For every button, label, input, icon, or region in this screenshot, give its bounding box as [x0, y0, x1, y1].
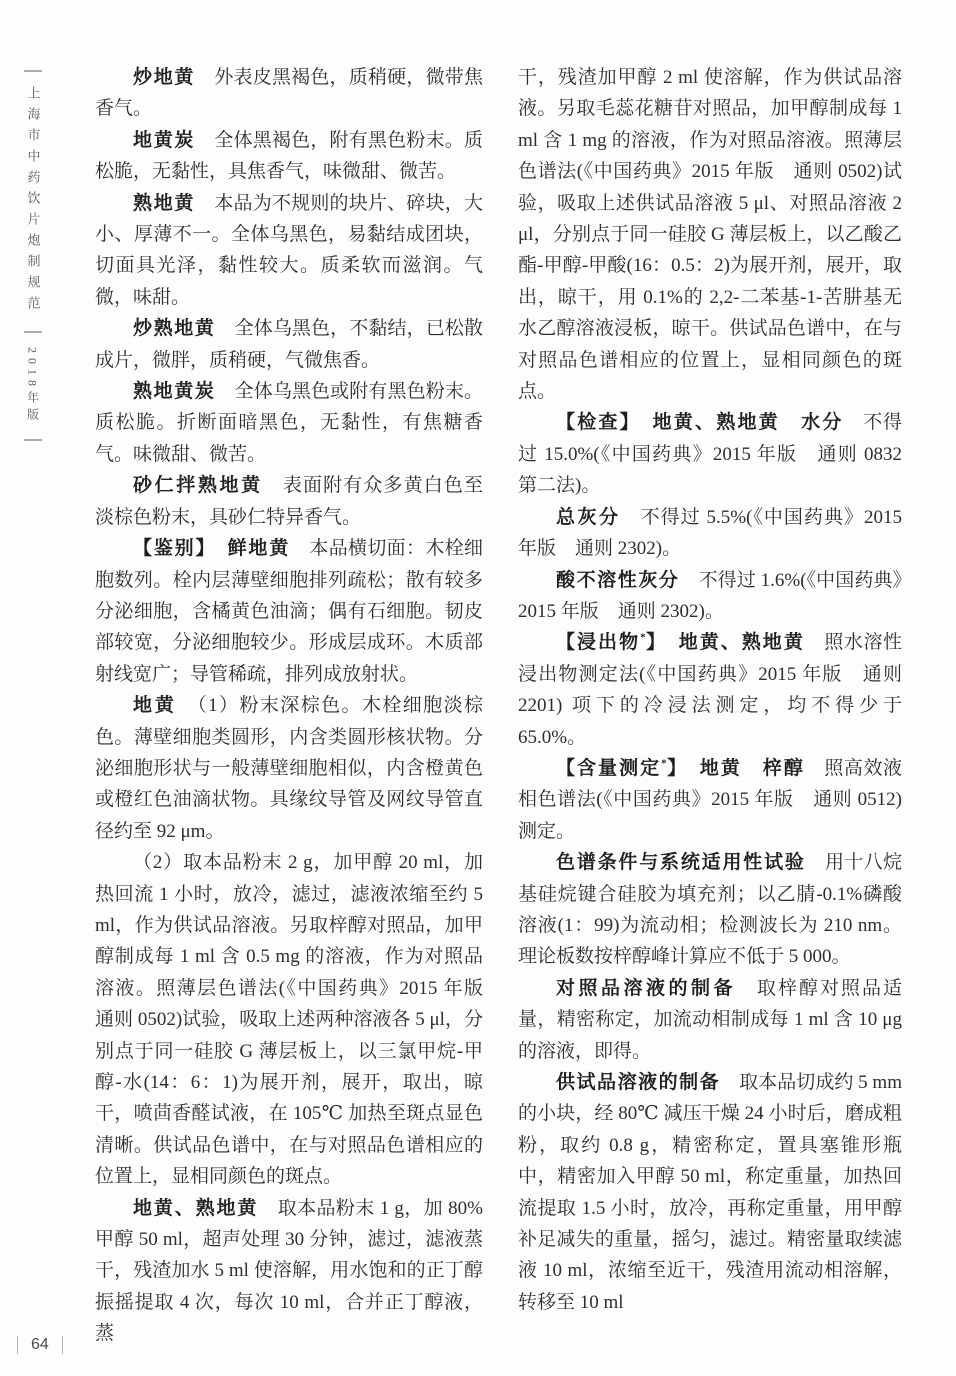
paragraph: 总灰分 不得过 5.5%(《中国药典》2015 年版 通则 2302)。	[518, 502, 902, 565]
paragraph: 色谱条件与系统适用性试验 用十八烷基硅烷键合硅胶为填充剂；以乙腈-0.1%磷酸溶…	[518, 847, 902, 973]
spine-edition: 2018年版	[25, 347, 42, 425]
heading-run: 色谱条件与系统适用性试验	[556, 852, 806, 873]
text-run: 取本品切成约 5 mm 的小块，经 80℃ 减压干燥 24 小时后，磨成粗粉，取…	[518, 1072, 902, 1313]
heading-run: 【含量测定	[556, 758, 661, 779]
paragraph: 地黄 （1）粉末深棕色。木栓细胞淡棕色。薄壁细胞类圆形，内含类圆形核状物。分泌细…	[95, 690, 483, 847]
paragraph: 【浸出物*】 地黄、熟地黄 照水溶性浸出物测定法(《中国药典》2015 年版 通…	[518, 627, 902, 753]
heading-run: 炒地黄	[133, 67, 195, 88]
spine-title: 上海市中药饮片炮制规范	[24, 86, 43, 317]
heading-run: 供试品溶液的制备	[556, 1072, 720, 1093]
heading-run: 酸不溶性灰分	[556, 570, 679, 591]
paragraph: 炒熟地黄 全体乌黑色，不黏结，已松散成片，微胖，质稍硬，气微焦香。	[95, 313, 483, 376]
paragraph: 砂仁拌熟地黄 表面附有众多黄白色至淡棕色粉末，具砂仁特异香气。	[95, 470, 483, 533]
paragraph: 炒地黄 外表皮黑褐色，质稍硬，微带焦香气。	[95, 62, 483, 125]
page-number-bar-right	[62, 1336, 63, 1354]
spine-divider-bottom	[24, 439, 42, 441]
heading-run: 地黄、熟地黄	[133, 1198, 258, 1219]
paragraph: 【检查】 地黄、熟地黄 水分 不得过 15.0%(《中国药典》2015 年版 通…	[518, 407, 902, 501]
heading-run: 】 地黄、熟地黄	[646, 632, 805, 653]
heading-run: 地黄	[133, 695, 177, 716]
heading-run: 砂仁拌熟地黄	[133, 475, 263, 496]
paragraph: 【含量测定*】 地黄 梓醇 照高效液相色谱法(《中国药典》2015 年版 通则 …	[518, 753, 902, 847]
paragraph: 地黄、熟地黄 取本品粉末 1 g，加 80%甲醇 50 ml，超声处理 30 分…	[95, 1193, 483, 1350]
paragraph: 熟地黄 本品为不规则的块片、碎块，大小、厚薄不一。全体乌黑色，易黏结成团块，切面…	[95, 188, 483, 314]
text-column-right: 干，残渣加甲醇 2 ml 使溶解，作为供试品溶液。另取毛蕊花糖苷对照品，加甲醇制…	[518, 62, 902, 1318]
heading-run: 对照品溶液的制备	[556, 978, 736, 999]
paragraph: 地黄炭 全体黑褐色，附有黑色粉末。质松脆，无黏性，具焦香气，味微甜、微苦。	[95, 125, 483, 188]
page-footer: 64	[17, 1336, 63, 1354]
paragraph: 干，残渣加甲醇 2 ml 使溶解，作为供试品溶液。另取毛蕊花糖苷对照品，加甲醇制…	[518, 62, 902, 407]
paragraph: 对照品溶液的制备 取梓醇对照品适量，精密称定，加流动相制成每 1 ml 含 10…	[518, 973, 902, 1067]
heading-run: 【浸出物	[556, 632, 640, 653]
heading-run: 地黄炭	[133, 130, 195, 151]
paragraph: 【鉴别】 鲜地黄 本品横切面：木栓细胞数列。栓内层薄壁细胞排列疏松；散有较多分泌…	[95, 533, 483, 690]
heading-run: 熟地黄	[133, 193, 195, 214]
spine-divider-top	[24, 70, 42, 72]
text-run: （2）取本品粉末 2 g，加甲醇 20 ml，加热回流 1 小时，放冷，滤过，滤…	[95, 852, 502, 1187]
text-run: 干，残渣加甲醇 2 ml 使溶解，作为供试品溶液。另取毛蕊花糖苷对照品，加甲醇制…	[518, 67, 902, 402]
heading-run: 】 地黄 梓醇	[667, 758, 805, 779]
text-run: 本品横切面：木栓细胞数列。栓内层薄壁细胞排列疏松；散有较多分泌细胞，含橘黄色油滴…	[95, 538, 483, 685]
heading-run: 【检查】 地黄、熟地黄 水分	[556, 412, 844, 433]
heading-run: 【鉴别】 鲜地黄	[133, 538, 290, 559]
spine-divider-middle	[24, 331, 42, 333]
heading-run: 熟地黄炭	[133, 381, 215, 402]
page-number: 64	[18, 1336, 62, 1354]
text-run: （1）粉末深棕色。木栓细胞淡棕色。薄壁细胞类圆形，内含类圆形核状物。分泌细胞形状…	[95, 695, 483, 842]
paragraph: 供试品溶液的制备 取本品切成约 5 mm 的小块，经 80℃ 减压干燥 24 小…	[518, 1067, 902, 1318]
text-run: 取本品粉末 1 g，加 80%甲醇 50 ml，超声处理 30 分钟，滤过，滤液…	[95, 1198, 483, 1345]
paragraph: 熟地黄炭 全体乌黑色或附有黑色粉末。质松脆。折断面暗黑色，无黏性，有焦糖香气。味…	[95, 376, 483, 470]
paragraph: （2）取本品粉末 2 g，加甲醇 20 ml，加热回流 1 小时，放冷，滤过，滤…	[95, 847, 483, 1192]
paragraph: 酸不溶性灰分 不得过 1.6%(《中国药典》2015 年版 通则 2302)。	[518, 565, 902, 628]
heading-run: 总灰分	[556, 507, 621, 528]
text-column-left: 炒地黄 外表皮黑褐色，质稍硬，微带焦香气。地黄炭 全体黑褐色，附有黑色粉末。质松…	[95, 62, 483, 1350]
spine-sidebar: 上海市中药饮片炮制规范 2018年版	[16, 62, 50, 449]
heading-run: 炒熟地黄	[133, 318, 215, 339]
